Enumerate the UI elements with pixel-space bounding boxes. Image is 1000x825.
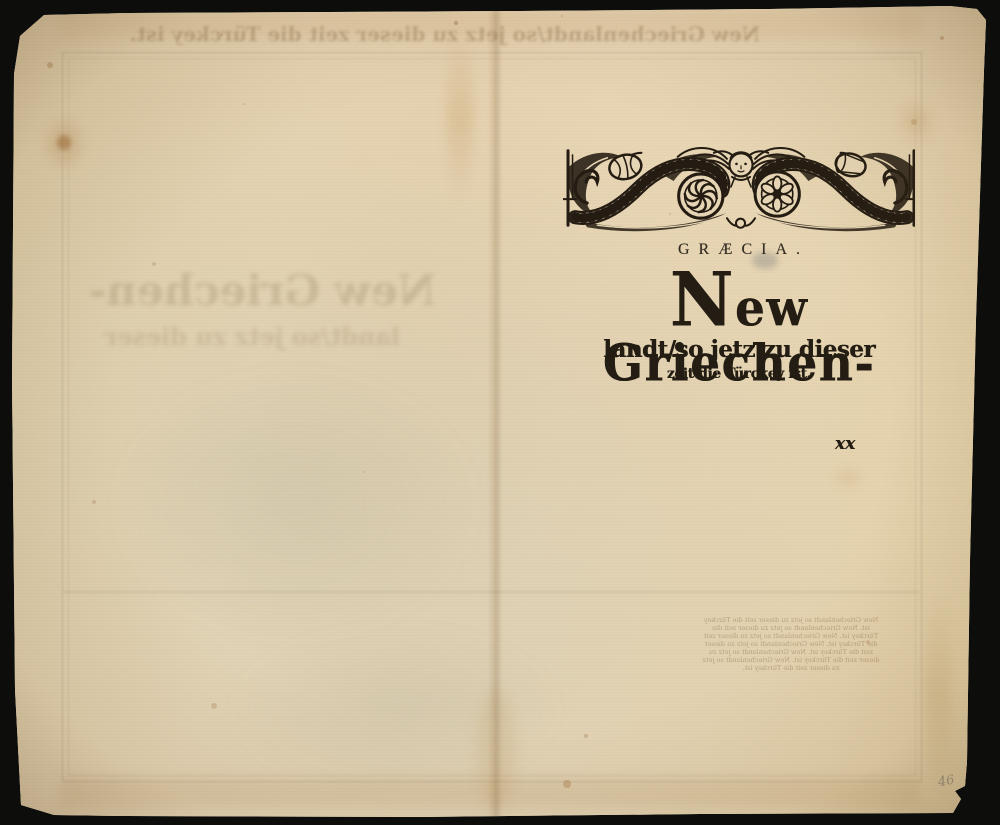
- spot-topleft: [57, 135, 71, 150]
- woodcut-headpiece-icon: [563, 138, 915, 232]
- showthrough-running-title: New Griechenlandt/so jetz zu dieser zeit…: [150, 22, 760, 46]
- stain-topleft: [40, 112, 88, 174]
- streak-right-bottom: [924, 590, 952, 800]
- showthrough-cartouche-text: New Griechenlandt so jetz zu dieser zeit…: [700, 616, 882, 712]
- mottle-centerleft: [110, 370, 480, 640]
- title-line-2: landt/so jetz zu dieser: [561, 336, 917, 363]
- pencil-annotation: 46: [937, 773, 956, 791]
- signature-mark: xx: [820, 434, 870, 454]
- mottle-bottom: [230, 630, 560, 790]
- showthrough-title-line-1: New Griechen-: [96, 266, 436, 315]
- showthrough-map-line: [63, 591, 919, 593]
- stain-fold-bottom: [478, 690, 514, 810]
- scan-background: New Griechenlandt/so jetz zu dieser zeit…: [0, 0, 1000, 825]
- band-top-edge: [60, 10, 920, 38]
- edge-vignette: [0, 0, 1000, 825]
- band-bottom-edge: [60, 778, 920, 808]
- center-fold: [488, 0, 502, 825]
- showthrough-title-line-2: landt/so jetz zu dieser: [140, 322, 400, 351]
- stain-right-mid: [830, 464, 866, 492]
- page-heading: GRÆCIA.: [561, 241, 917, 259]
- title-line-3: zeit die Türckey ist.: [561, 366, 917, 382]
- book-page: New Griechenlandt/so jetz zu dieser zeit…: [0, 0, 1000, 825]
- stain-streak-top: [447, 30, 473, 205]
